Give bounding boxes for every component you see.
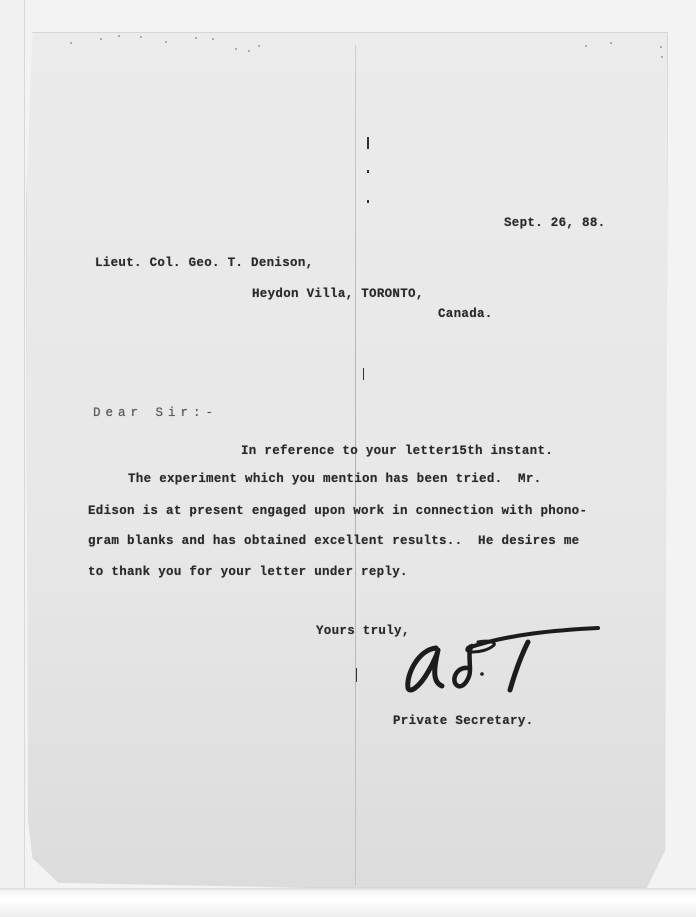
speck	[140, 36, 142, 38]
fold-mark	[356, 668, 357, 682]
speck	[258, 45, 260, 47]
recipient-name: Lieut. Col. Geo. T. Denison,	[95, 256, 313, 270]
salutation: Dear Sir:-	[93, 406, 218, 420]
fold-mark	[367, 170, 369, 173]
speck	[195, 37, 197, 39]
scan-bottom-margin	[0, 888, 696, 917]
signer-title: Private Secretary.	[393, 714, 533, 728]
body-line: The experiment which you mention has bee…	[128, 472, 541, 486]
fold-mark	[367, 200, 369, 203]
speck	[660, 46, 662, 48]
recipient-country: Canada.	[438, 307, 493, 321]
speck	[610, 42, 612, 44]
speck	[165, 41, 167, 43]
speck	[100, 38, 102, 40]
scan-left-margin	[0, 0, 25, 888]
speck	[248, 50, 250, 52]
fold-mark	[367, 137, 369, 149]
body-line: In reference to your letter15th instant.	[241, 444, 553, 458]
speck	[661, 56, 663, 58]
speck	[212, 38, 214, 40]
closing: Yours truly,	[316, 624, 410, 638]
speck	[585, 45, 587, 47]
speck	[118, 35, 120, 37]
body-line: Edison is at present engaged upon work i…	[88, 504, 587, 518]
scan-canvas: Sept. 26, 88. Lieut. Col. Geo. T. Deniso…	[0, 0, 696, 917]
letter-sheet	[26, 32, 668, 888]
letter-date: Sept. 26, 88.	[504, 216, 605, 230]
body-line: gram blanks and has obtained excellent r…	[88, 534, 579, 548]
speck	[70, 42, 72, 44]
body-line: to thank you for your letter under reply…	[88, 565, 408, 579]
fold-mark	[363, 368, 364, 380]
fold-line	[355, 45, 356, 885]
speck	[235, 48, 237, 50]
recipient-address: Heydon Villa, TORONTO,	[252, 287, 424, 301]
handwritten-signature	[398, 620, 608, 700]
